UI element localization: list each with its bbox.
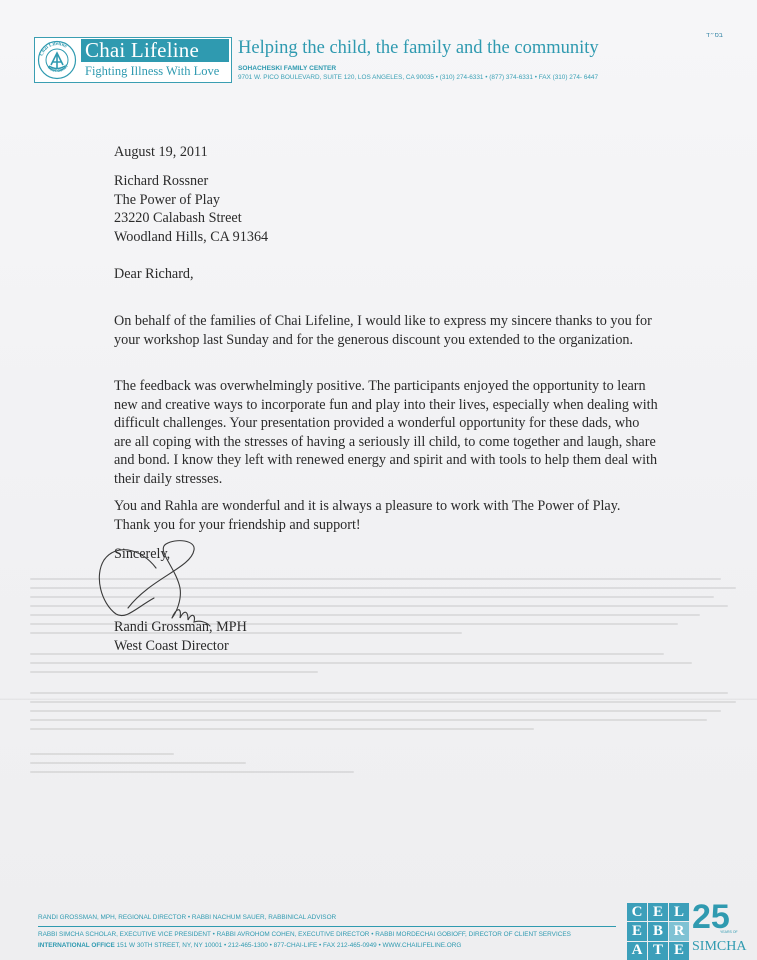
org-name: Chai Lifeline xyxy=(81,39,229,62)
signer-name: Randi Grossman, MPH xyxy=(114,618,247,637)
celebrate-letter: E xyxy=(627,922,647,940)
svg-text:Chai Lifeline: Chai Lifeline xyxy=(39,41,69,57)
hebrew-mark: בס״ד xyxy=(706,31,723,39)
letter-date: August 19, 2011 xyxy=(114,143,208,162)
paragraph: The feedback was overwhelmingly positive… xyxy=(114,377,659,489)
closing: Sincerely, xyxy=(114,545,170,564)
celebrate-badge: C E L E B R A T E xyxy=(627,903,689,960)
org-tagline: Fighting Illness With Love xyxy=(81,64,229,79)
org-slogan: Helping the child, the family and the co… xyxy=(238,38,599,59)
anniversary-years: YEARS OF xyxy=(720,930,738,934)
salutation: Dear Richard, xyxy=(114,265,194,284)
celebrate-letter: E xyxy=(648,903,668,921)
celebrate-letter: A xyxy=(627,942,647,960)
signer-title: West Coast Director xyxy=(114,637,247,656)
center-name: SOHACHESKI FAMILY CENTER xyxy=(238,65,336,72)
recipient-address: Richard Rossner The Power of Play 23220 … xyxy=(114,172,268,246)
paper-fold xyxy=(0,698,757,701)
footer-staff-regional: RANDI GROSSMAN, MPH, REGIONAL DIRECTOR •… xyxy=(38,914,336,921)
celebrate-letter: T xyxy=(648,942,668,960)
celebrate-letter: R xyxy=(669,922,689,940)
anniversary-label: SIMCHA xyxy=(692,939,746,955)
recipient-name: Richard Rossner xyxy=(114,172,268,191)
chai-lifeline-logo: Chai Lifeline WEST COAST Chai Lifeline F… xyxy=(34,37,232,83)
emblem-icon: Chai Lifeline WEST COAST xyxy=(37,40,77,80)
reverse-side-bleed xyxy=(30,578,750,838)
celebrate-letter: B xyxy=(648,922,668,940)
footer-staff-executive: RABBI SIMCHA SCHOLAR, EXECUTIVE VICE PRE… xyxy=(38,931,571,938)
recipient-street: 23220 Calabash Street xyxy=(114,209,268,228)
office-details: 151 W 30TH STREET, NY, NY 10001 • 212-46… xyxy=(117,942,462,949)
celebrate-letter: E xyxy=(669,942,689,960)
recipient-city: Woodland Hills, CA 91364 xyxy=(114,228,268,247)
footer-divider xyxy=(38,926,616,927)
celebrate-letter: L xyxy=(669,903,689,921)
recipient-company: The Power of Play xyxy=(114,191,268,210)
signer-block: Randi Grossman, MPH West Coast Director xyxy=(114,618,247,655)
paragraph: On behalf of the families of Chai Lifeli… xyxy=(114,312,654,349)
celebrate-letter: C xyxy=(627,903,647,921)
footer-office: INTERNATIONAL OFFICE 151 W 30TH STREET, … xyxy=(38,942,461,949)
center-address: 9701 W. PICO BOULEVARD, SUITE 120, LOS A… xyxy=(238,74,598,81)
paragraph: You and Rahla are wonderful and it is al… xyxy=(114,497,659,534)
office-label: INTERNATIONAL OFFICE xyxy=(38,942,115,949)
